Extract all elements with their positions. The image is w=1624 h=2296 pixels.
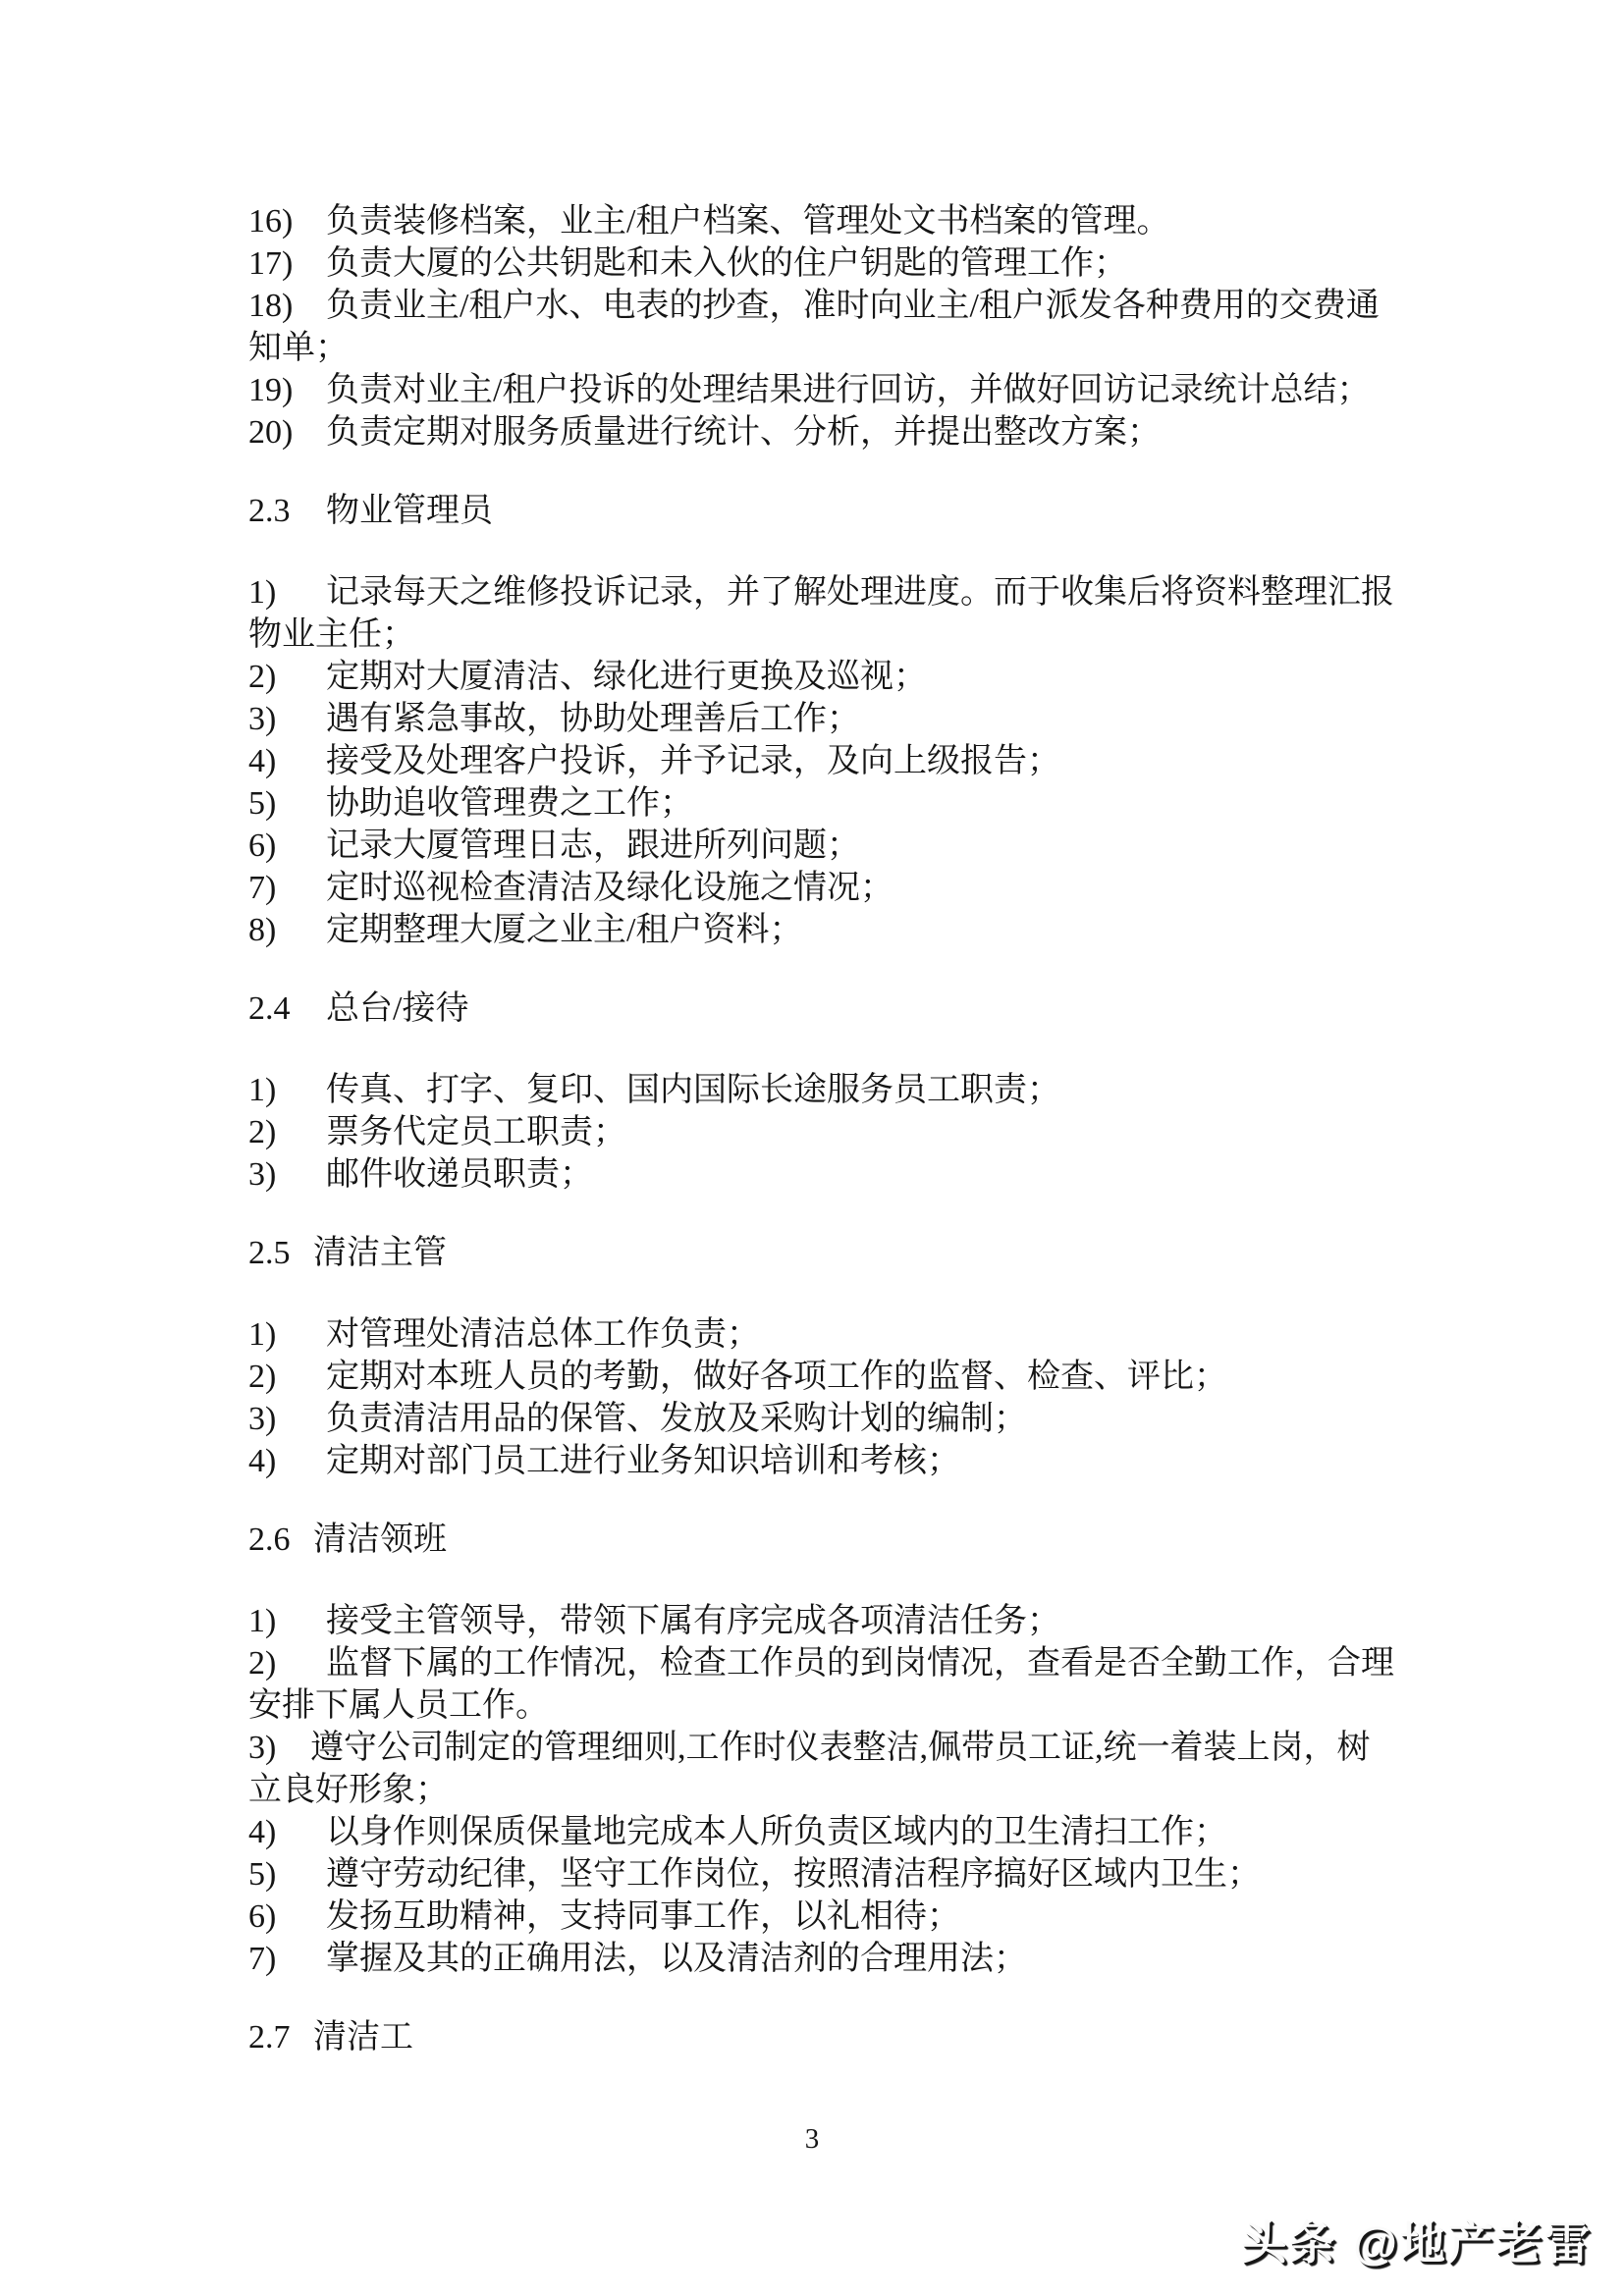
- section-title: 总台/接待: [326, 990, 468, 1027]
- section-title: 清洁工: [313, 2019, 413, 2056]
- item-number: 2): [248, 656, 326, 698]
- item-text: 接受主管领导，带领下属有序完成各项清洁任务；: [326, 1603, 1060, 1639]
- item-text: 记录每天之维修投诉记录，并了解处理进度。而于收集后将资料整理汇报物业主任；: [248, 574, 1394, 653]
- item-text: 协助追收管理费之工作；: [326, 785, 693, 822]
- item-number: 16): [248, 200, 326, 242]
- page-number: 3: [0, 2123, 1624, 2156]
- list-item: 18)负责业主/租户水、电表的抄查，准时向业主/租户派发各种费用的交费通知单；: [248, 285, 1397, 369]
- section-number: 2.3: [248, 490, 326, 532]
- list-item: 3)邮件收递员职责；: [248, 1153, 1397, 1196]
- item-text: 传真、打字、复印、国内国际长途服务员工职责；: [326, 1072, 1060, 1108]
- item-text: 定期对本班人员的考勤，做好各项工作的监督、检查、评比；: [326, 1359, 1227, 1395]
- item-text: 定期整理大厦之业主/租户资料；: [326, 912, 802, 948]
- section-title: 物业管理员: [326, 493, 493, 529]
- section-number: 2.5: [248, 1232, 313, 1274]
- item-text: 邮件收递员职责；: [326, 1156, 593, 1193]
- item-number: 7): [248, 1938, 326, 1980]
- item-text: 定期对大厦清洁、绿化进行更换及巡视；: [326, 659, 927, 695]
- section-number: 2.7: [248, 2016, 313, 2058]
- item-text: 记录大厦管理日志，跟进所列问题；: [326, 828, 860, 864]
- list-item: 7)定时巡视检查清洁及绿化设施之情况；: [248, 867, 1397, 909]
- list-item: 7)掌握及其的正确用法，以及清洁剂的合理用法；: [248, 1938, 1397, 1980]
- list-item: 2)监督下属的工作情况，检查工作员的到岗情况，查看是否全勤工作，合理安排下属人员…: [248, 1642, 1397, 1727]
- section-heading: 2.3物业管理员: [248, 490, 1397, 532]
- item-number: 2): [248, 1642, 326, 1684]
- item-text: 对管理处清洁总体工作负责；: [326, 1316, 760, 1353]
- list-item: 5)遵守劳动纪律，坚守工作岗位，按照清洁程序搞好区域内卫生；: [248, 1853, 1397, 1896]
- item-number: 6): [248, 1896, 326, 1938]
- list-item: 3)遇有紧急事故，协助处理善后工作；: [248, 698, 1397, 740]
- section-number: 2.4: [248, 988, 326, 1030]
- item-text: 遵守公司制定的管理细则,工作时仪表整洁,佩带员工证,统一着装上岗，树立良好形象；: [248, 1730, 1371, 1808]
- list-item: 1)记录每天之维修投诉记录，并了解处理进度。而于收集后将资料整理汇报物业主任；: [248, 571, 1397, 656]
- item-number: 5): [248, 1853, 326, 1896]
- list-item: 5)协助追收管理费之工作；: [248, 782, 1397, 825]
- list-item: 19)负责对业主/租户投诉的处理结果进行回访，并做好回访记录统计总结；: [248, 369, 1397, 411]
- item-text: 负责业主/租户水、电表的抄查，准时向业主/租户派发各种费用的交费通知单；: [248, 288, 1380, 366]
- item-text: 掌握及其的正确用法，以及清洁剂的合理用法；: [326, 1941, 1027, 1977]
- list-item: 4)以身作则保质保量地完成本人所负责区域内的卫生清扫工作；: [248, 1811, 1397, 1853]
- item-number: 3): [248, 698, 326, 740]
- item-text: 发扬互助精神，支持同事工作，以礼相待；: [326, 1898, 960, 1935]
- item-text: 定时巡视检查清洁及绿化设施之情况；: [326, 870, 893, 906]
- item-number: 3): [248, 1727, 310, 1769]
- item-number: 17): [248, 242, 326, 285]
- item-number: 4): [248, 1811, 326, 1853]
- item-number: 2): [248, 1356, 326, 1398]
- list-item: 3)遵守公司制定的管理细则,工作时仪表整洁,佩带员工证,统一着装上岗，树立良好形…: [248, 1727, 1397, 1811]
- item-number: 5): [248, 782, 326, 825]
- item-text: 遇有紧急事故，协助处理善后工作；: [326, 701, 860, 737]
- item-number: 19): [248, 369, 326, 411]
- list-item: 1)传真、打字、复印、国内国际长途服务员工职责；: [248, 1069, 1397, 1111]
- section-title: 清洁领班: [313, 1522, 447, 1558]
- item-text: 遵守劳动纪律，坚守工作岗位，按照清洁程序搞好区域内卫生；: [326, 1856, 1261, 1893]
- item-number: 2): [248, 1111, 326, 1153]
- section-heading: 2.7清洁工: [248, 2016, 1397, 2058]
- item-number: 6): [248, 825, 326, 867]
- section-title: 清洁主管: [313, 1235, 447, 1271]
- item-number: 3): [248, 1153, 326, 1196]
- item-text: 以身作则保质保量地完成本人所负责区域内的卫生清扫工作；: [326, 1814, 1227, 1850]
- item-text: 负责大厦的公共钥匙和未入伙的住户钥匙的管理工作；: [326, 245, 1127, 282]
- item-number: 7): [248, 867, 326, 909]
- list-item: 8)定期整理大厦之业主/租户资料；: [248, 909, 1397, 951]
- list-item: 2)定期对大厦清洁、绿化进行更换及巡视；: [248, 656, 1397, 698]
- item-number: 1): [248, 1600, 326, 1642]
- list-item: 16)负责装修档案，业主/租户档案、管理处文书档案的管理。: [248, 200, 1397, 242]
- list-item: 6)记录大厦管理日志，跟进所列问题；: [248, 825, 1397, 867]
- watermark: 头条 @地产老雷: [1241, 2208, 1593, 2272]
- list-item: 2)定期对本班人员的考勤，做好各项工作的监督、检查、评比；: [248, 1356, 1397, 1398]
- list-item: 4)定期对部门员工进行业务知识培训和考核；: [248, 1440, 1397, 1482]
- item-number: 1): [248, 1069, 326, 1111]
- item-number: 3): [248, 1398, 326, 1440]
- list-item: 4)接受及处理客户投诉，并予记录，及向上级报告；: [248, 740, 1397, 782]
- list-item: 1)接受主管领导，带领下属有序完成各项清洁任务；: [248, 1600, 1397, 1642]
- list-item: 2)票务代定员工职责；: [248, 1111, 1397, 1153]
- list-item: 6)发扬互助精神，支持同事工作，以礼相待；: [248, 1896, 1397, 1938]
- item-text: 票务代定员工职责；: [326, 1114, 626, 1150]
- item-text: 负责装修档案，业主/租户档案、管理处文书档案的管理。: [326, 203, 1169, 240]
- list-item: 17)负责大厦的公共钥匙和未入伙的住户钥匙的管理工作；: [248, 242, 1397, 285]
- section-heading: 2.5清洁主管: [248, 1232, 1397, 1274]
- item-number: 4): [248, 740, 326, 782]
- document-body: 16)负责装修档案，业主/租户档案、管理处文书档案的管理。17)负责大厦的公共钥…: [248, 200, 1397, 2098]
- list-item: 1)对管理处清洁总体工作负责；: [248, 1313, 1397, 1356]
- item-number: 20): [248, 411, 326, 454]
- section-heading: 2.4总台/接待: [248, 988, 1397, 1030]
- section-number: 2.6: [248, 1519, 313, 1561]
- item-number: 1): [248, 1313, 326, 1356]
- item-text: 定期对部门员工进行业务知识培训和考核；: [326, 1443, 960, 1479]
- list-item: 3)负责清洁用品的保管、发放及采购计划的编制；: [248, 1398, 1397, 1440]
- item-text: 负责对业主/租户投诉的处理结果进行回访，并做好回访记录统计总结；: [326, 372, 1370, 408]
- item-text: 接受及处理客户投诉，并予记录，及向上级报告；: [326, 743, 1060, 779]
- item-number: 1): [248, 571, 326, 614]
- item-number: 8): [248, 909, 326, 951]
- item-text: 监督下属的工作情况，检查工作员的到岗情况，查看是否全勤工作，合理安排下属人员工作…: [248, 1645, 1394, 1724]
- section-heading: 2.6清洁领班: [248, 1519, 1397, 1561]
- item-number: 18): [248, 285, 326, 327]
- item-number: 4): [248, 1440, 326, 1482]
- item-text: 负责清洁用品的保管、发放及采购计划的编制；: [326, 1401, 1027, 1437]
- item-text: 负责定期对服务质量进行统计、分析，并提出整改方案；: [326, 414, 1161, 451]
- page: 16)负责装修档案，业主/租户档案、管理处文书档案的管理。17)负责大厦的公共钥…: [0, 0, 1624, 2296]
- list-item: 20)负责定期对服务质量进行统计、分析，并提出整改方案；: [248, 411, 1397, 454]
